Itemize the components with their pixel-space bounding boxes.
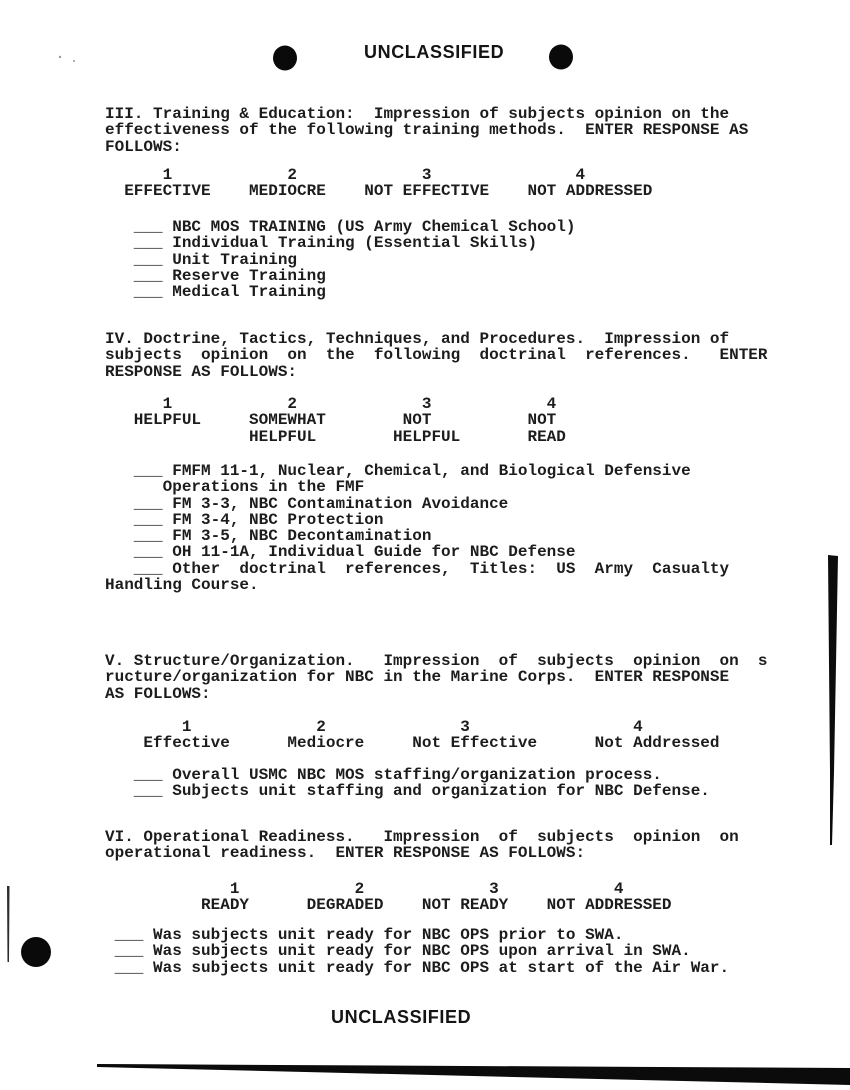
section-v-rating-scale: 1 2 3 4 Effective Mediocre Not Effective…: [105, 719, 720, 752]
section-vi-rating-scale: 1 2 3 4 READY DEGRADED NOT READY NOT ADD…: [105, 881, 672, 914]
scan-artifact-bottom-wedge: [97, 1064, 850, 1085]
hole-punch-top-right: [549, 45, 573, 70]
section-iv-rating-scale: 1 2 3 4 HELPFUL SOMEWHAT NOT NOT HELPFUL…: [105, 396, 566, 445]
section-v-intro: V. Structure/Organization. Impression of…: [105, 653, 768, 702]
section-vi-response-items: ___ Was subjects unit ready for NBC OPS …: [105, 927, 729, 976]
section-iv-response-items: ___ FMFM 11-1, Nuclear, Chemical, and Bi…: [105, 463, 729, 593]
pencil-mark: [73, 60, 75, 62]
hole-punch-bottom-left: [21, 937, 51, 967]
scanned-document-page: UNCLASSIFIED III. Training & Education: …: [0, 0, 850, 1090]
section-iv-intro: IV. Doctrine, Tactics, Techniques, and P…: [105, 331, 768, 380]
section-iii-response-items: ___ NBC MOS TRAINING (US Army Chemical S…: [105, 219, 575, 300]
scan-artifact-right-streak: [828, 555, 838, 845]
section-vi-intro: VI. Operational Readiness. Impression of…: [105, 829, 739, 862]
section-iii-rating-scale: 1 2 3 4 EFFECTIVE MEDIOCRE NOT EFFECTIVE…: [105, 167, 652, 200]
pencil-mark: [59, 56, 61, 58]
scan-artifact-left-line: [7, 886, 10, 962]
hole-punch-top-left: [273, 46, 297, 71]
section-iii-intro: III. Training & Education: Impression of…: [105, 106, 748, 155]
header-classification-banner: UNCLASSIFIED: [364, 43, 504, 61]
footer-classification-banner: UNCLASSIFIED: [331, 1008, 471, 1026]
section-v-response-items: ___ Overall USMC NBC MOS staffing/organi…: [105, 767, 710, 800]
